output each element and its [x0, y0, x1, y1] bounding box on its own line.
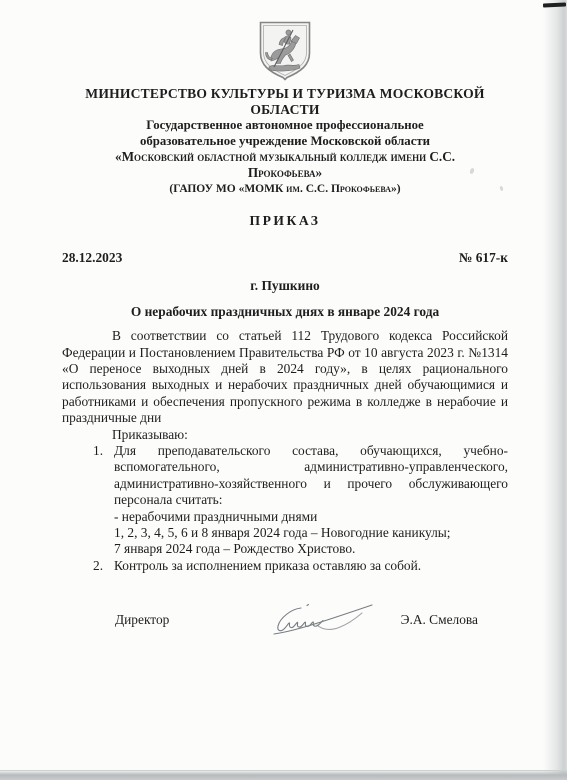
signature-name: Э.А. Смелова	[401, 612, 478, 628]
org-short-name: (ГАПОУ МО «МОМК им. С.С. Прокофьева»)	[62, 183, 508, 196]
scan-edge-shadow-bottom	[0, 770, 567, 780]
order-item-1-subline-1: - нерабочими праздничными днями	[114, 509, 508, 525]
order-word: Приказываю:	[62, 427, 508, 443]
org-type-line-2: образовательное учреждение Московской об…	[62, 134, 508, 150]
document-date: 28.12.2023	[62, 250, 122, 266]
org-type-line-1: Государственное автономное профессиональ…	[62, 118, 508, 134]
order-item-2: 2. Контроль за исполнением приказа остав…	[62, 558, 508, 574]
moscow-oblast-coat-of-arms-icon	[257, 20, 313, 81]
order-item-2-text: Контроль за исполнением приказа оставляю…	[114, 558, 508, 574]
handwritten-signature-icon	[267, 598, 379, 644]
scan-artifact-mark	[543, 2, 566, 7]
org-name-line-1: «Московский областной музыкальный коллед…	[62, 149, 508, 165]
document-type-heading: ПРИКАЗ	[62, 213, 508, 229]
signature-row: Директор Э.А. Смелова	[62, 612, 508, 628]
order-item-1-subline-2: 1, 2, 3, 4, 5, 6 и 8 января 2024 года – …	[114, 525, 508, 541]
coat-of-arms	[62, 0, 508, 81]
ministry-title: МИНИСТЕРСТВО КУЛЬТУРЫ И ТУРИЗМА МОСКОВСК…	[62, 86, 508, 118]
order-item-1-text: Для преподавательского состава, обучающи…	[114, 443, 508, 509]
scanned-order-document: МИНИСТЕРСТВО КУЛЬТУРЫ И ТУРИЗМА МОСКОВСК…	[0, 0, 567, 780]
document-city: г. Пушкино	[62, 278, 508, 294]
document-subject: О нерабочих праздничных днях в январе 20…	[62, 304, 508, 320]
order-item-1-number: 1.	[93, 443, 114, 558]
order-item-1: 1. Для преподавательского состава, обуча…	[62, 443, 508, 558]
order-item-1-subline-3: 7 января 2024 года – Рождество Христово.	[114, 541, 508, 557]
order-item-1-body: Для преподавательского состава, обучающи…	[114, 443, 508, 558]
date-number-row: 28.12.2023 № 617-к	[62, 250, 508, 266]
document-content: МИНИСТЕРСТВО КУЛЬТУРЫ И ТУРИЗМА МОСКОВСК…	[62, 0, 508, 628]
preamble-paragraph: В соответствии со статьей 112 Трудового …	[62, 328, 508, 426]
order-items-list: 1. Для преподавательского состава, обуча…	[62, 443, 508, 574]
scan-edge-shadow-right	[543, 0, 567, 780]
signature-position: Директор	[115, 612, 169, 628]
document-number: № 617-к	[459, 250, 508, 266]
order-item-2-number: 2.	[93, 558, 114, 574]
org-name-line-2: Прокофьева»	[62, 165, 508, 181]
